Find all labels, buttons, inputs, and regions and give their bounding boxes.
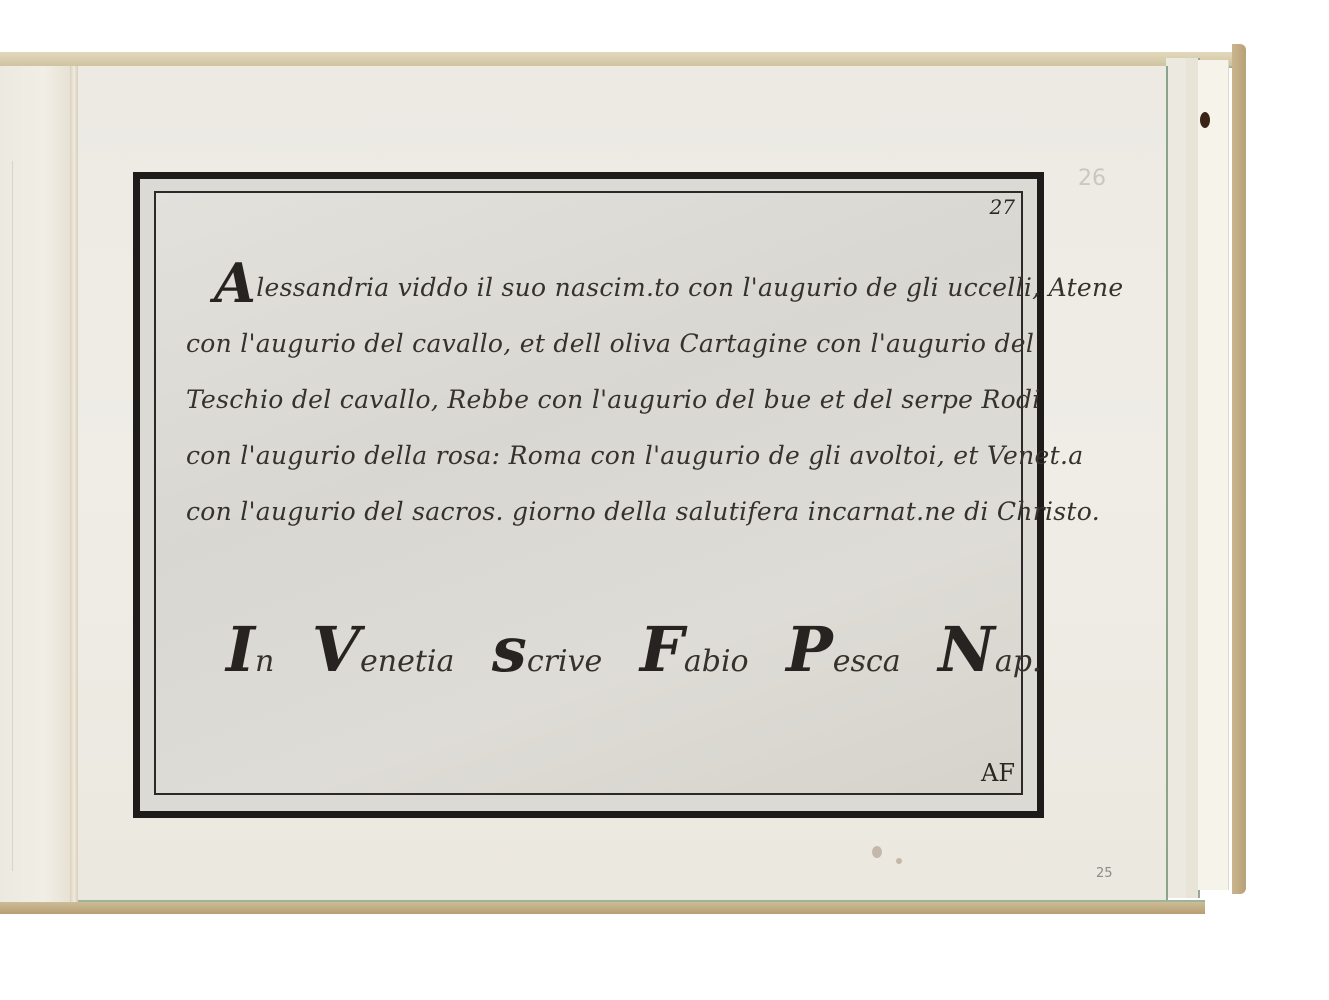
signature-word: Nap.	[938, 644, 1041, 679]
pencil-folio-bottom: 25	[1096, 866, 1113, 881]
left-page	[0, 66, 74, 902]
signature-word: scrive	[492, 644, 602, 679]
signature-word: Pesca	[786, 644, 900, 679]
script-line-4: con l'augurio della rosa: Roma con l'aug…	[186, 428, 1006, 484]
script-line: Alessandria viddo il suo nascim.to con l…	[186, 255, 1006, 316]
script-line-1: lessandria viddo il suo nascim.to con l'…	[256, 273, 1123, 302]
engraved-plate: 27 Alessandria viddo il suo nascim.to co…	[133, 172, 1044, 818]
book-cover-bottom-edge	[0, 900, 1205, 914]
signature-word: Fabio	[640, 644, 749, 679]
plate-inner-frame: 27 Alessandria viddo il suo nascim.to co…	[154, 191, 1023, 795]
script-line-5: con l'augurio del sacros. giorno della s…	[186, 484, 1006, 540]
script-line-3: Teschio del cavallo, Rebbe con l'augurio…	[186, 372, 1006, 428]
signature-word: Venetia	[312, 644, 454, 679]
pencil-folio-top: 26	[1078, 166, 1106, 191]
book-cover-right-edge	[1232, 44, 1246, 894]
endpaper-edge	[1198, 60, 1229, 890]
script-line-2: con l'augurio del cavallo, et dell oliva…	[186, 316, 1006, 372]
book-gutter	[70, 66, 78, 902]
signature-word: In	[226, 644, 274, 679]
left-page-frame-show-through	[0, 161, 13, 871]
calligraphy-text: Alessandria viddo il suo nascim.to con l…	[186, 255, 1006, 540]
ink-stain	[1200, 112, 1210, 128]
decorated-initial: A	[214, 251, 256, 315]
engraver-monogram: AF	[981, 759, 1015, 787]
signature-line: In Venetia scrive Fabio Pesca Nap.	[226, 613, 1041, 686]
foxing-spot	[872, 846, 882, 858]
foxing-spot	[896, 858, 902, 864]
plate-number: 27	[990, 195, 1015, 219]
